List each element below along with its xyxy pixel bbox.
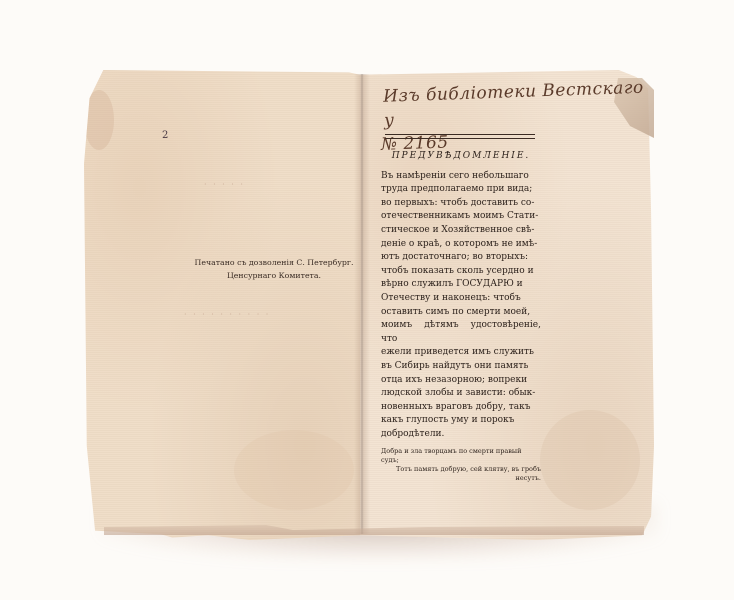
text-line: ютъ достаточнаго; во вторыхъ:: [381, 251, 541, 265]
text-line: добродѣтели.: [381, 428, 541, 442]
preface-text-block: ПРЕДУВѢДОМЛЕНІЕ. Въ намѣреніи сего небол…: [381, 150, 541, 483]
double-rule: [385, 134, 535, 139]
text-line: отца ихъ незазорною; вопреки: [381, 374, 541, 388]
open-book: 2 · · · · · · · · · · · · · · · Печатано…: [84, 70, 654, 540]
text-line: ежели приведется имъ служить: [381, 346, 541, 360]
text-line: Въ намѣреніи сего небольшаго: [381, 170, 541, 184]
page-number: 2: [162, 130, 168, 141]
water-stain: [84, 90, 114, 150]
motto-verse: Добра и зла творцамъ по смерти правый су…: [381, 447, 541, 483]
text-line: деніе о краѣ, о которомъ не имѣ-: [381, 238, 541, 252]
preface-body: Въ намѣреніи сего небольшаго труда предп…: [381, 170, 541, 442]
imprint-line: Печатано съ дозволенія С. Петербург.: [190, 256, 358, 269]
foxing-stain: [234, 430, 354, 510]
bleed-through-text: · · · · · · · · · ·: [184, 310, 270, 319]
text-line: въ Сибирь найдутъ они память: [381, 360, 541, 374]
motto-line: Добра и зла творцамъ по смерти правый су…: [381, 447, 541, 465]
censorship-imprint: Печатано съ дозволенія С. Петербург. Цен…: [190, 256, 358, 282]
text-line: во первыхъ: чтобъ доставить со-: [381, 197, 541, 211]
text-line: новенныхъ враговъ добру, такъ: [381, 401, 541, 415]
book-spine: [354, 74, 370, 534]
text-line: Отечеству и наконецъ: чтобъ: [381, 292, 541, 306]
text-line: какъ глупость уму и порокъ: [381, 414, 541, 428]
handwritten-library-note: Изъ библіотеки Вестскаго у № 2165: [383, 75, 655, 156]
text-line: моимъ дѣтямъ удостовѣреніе, что: [381, 319, 541, 346]
foxing-stain: [540, 410, 640, 510]
imprint-line: Ценсурнаго Комитета.: [190, 269, 358, 282]
photo-scene: 2 · · · · · · · · · · · · · · · Печатано…: [0, 0, 734, 600]
bleed-through-text: · · · · ·: [204, 180, 245, 189]
text-line: оставить симъ по смерти моей,: [381, 306, 541, 320]
text-line: вѣрно служилъ ГОСУДАРЮ и: [381, 278, 541, 292]
motto-line: несутъ.: [381, 474, 541, 483]
left-page: [84, 70, 360, 540]
motto-line: Тотъ память добрую, сей клятву, въ гробъ: [381, 465, 541, 474]
text-line: отечественникамъ моимъ Стати-: [381, 210, 541, 224]
text-line: людской злобы и зависти: обык-: [381, 387, 541, 401]
text-line: труда предполагаемо при вида;: [381, 183, 541, 197]
text-line: чтобъ показать сколь усердно и: [381, 265, 541, 279]
text-line: стическое и Хозяйственное свѣ-: [381, 224, 541, 238]
preface-heading: ПРЕДУВѢДОМЛЕНІЕ.: [381, 150, 541, 164]
